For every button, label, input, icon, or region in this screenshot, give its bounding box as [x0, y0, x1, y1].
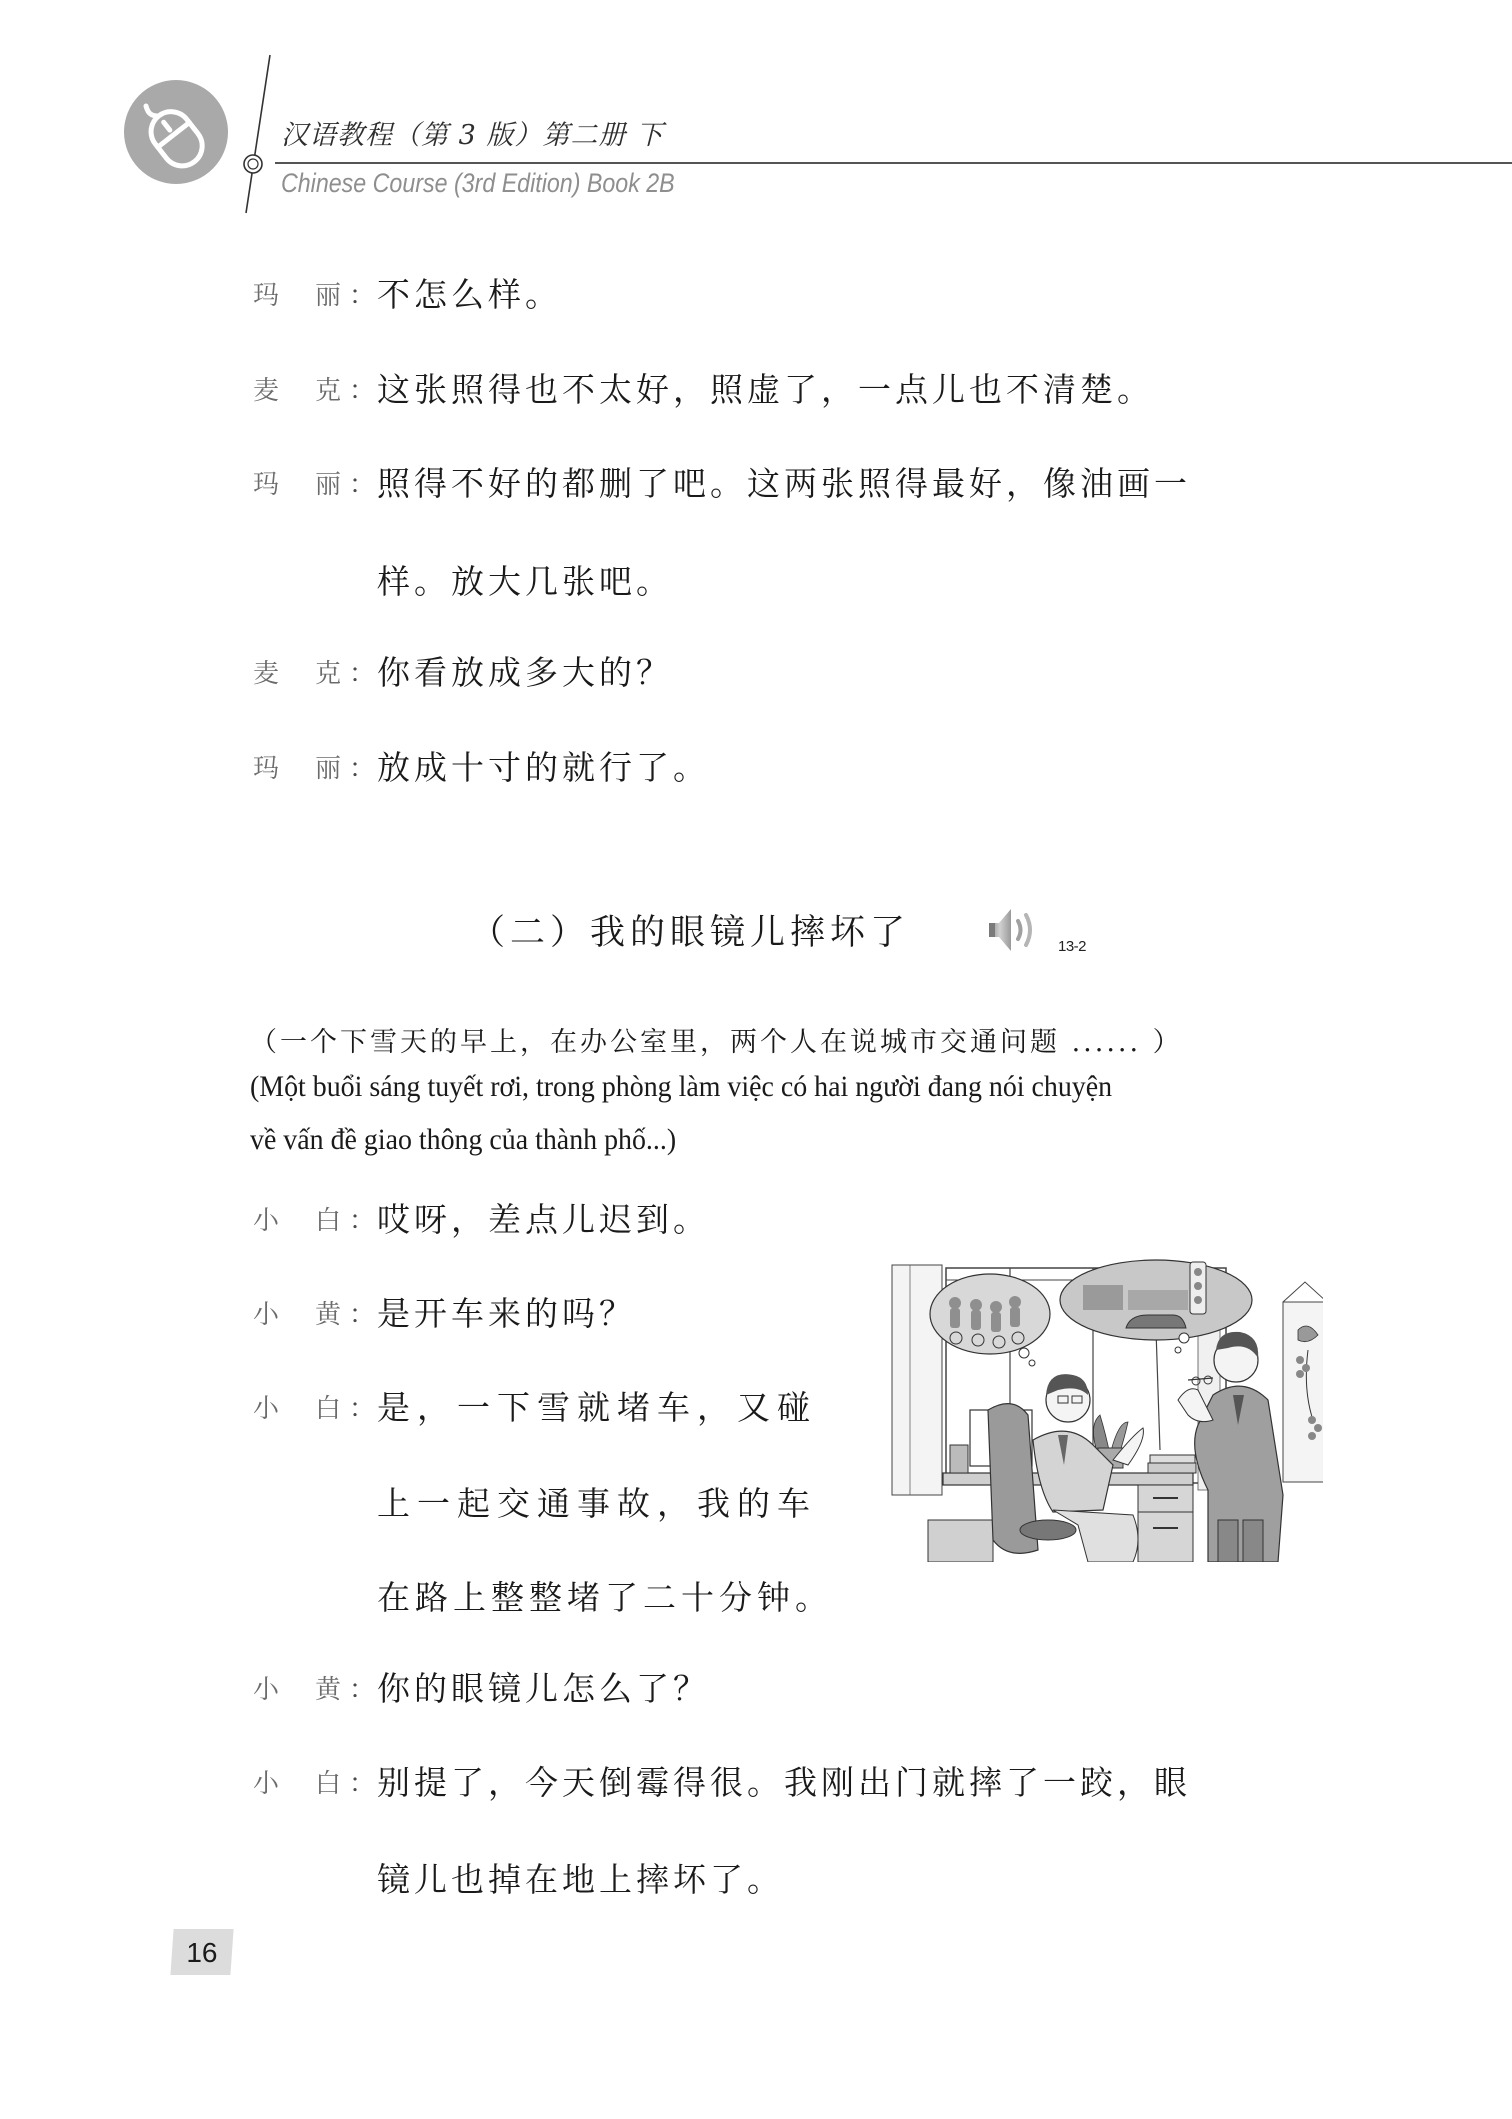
speaker-audio-icon[interactable]	[985, 905, 1045, 955]
dialogue-line: 玛 丽 ： 放成十寸的就行了。	[253, 745, 710, 785]
dialogue-text: 是开车来的吗？	[377, 1288, 636, 1335]
dialogue-text: 不怎么样。	[377, 269, 562, 316]
dialogue-line: 小 白 ： 哎呀，差点儿迟到。	[253, 1197, 710, 1237]
audio-track-number: 13-2	[1058, 938, 1086, 955]
office-conversation-illustration	[888, 1250, 1323, 1562]
dialogue-text: 你看放成多大的？	[377, 647, 673, 694]
dialogue-text: 是，一下雪就堵车，又碰	[377, 1382, 817, 1429]
stage-direction-vietnamese-line-1: (Một buổi sáng tuyết rơi, trong phòng là…	[250, 1070, 1254, 1104]
dialogue-text: 放成十寸的就行了。	[377, 742, 710, 789]
dialogue-line: 玛 丽 ： 不怎么样。	[253, 272, 562, 312]
stage-direction-chinese: （一个下雪天的早上，在办公室里，两个人在说城市交通问题 ...... ）	[250, 1020, 1183, 1059]
dialogue-continuation: 在路上整整堵了二十分钟。	[377, 1572, 833, 1619]
dialogue-line: 小 黄 ： 是开车来的吗？	[253, 1291, 636, 1331]
dialogue-line: 麦 克 ： 你看放成多大的？	[253, 650, 673, 690]
dialogue-continuation: 上一起交通事故，我的车	[377, 1478, 817, 1525]
header-decoration-line	[0, 0, 300, 230]
header-divider	[275, 162, 1512, 164]
dialogue-line: 玛 丽 ： 照得不好的都删了吧。这两张照得最好，像油画一	[253, 461, 1191, 501]
page-header: 汉语教程（第 3 版）第二册 下 Chinese Course (3rd Edi…	[0, 0, 1512, 230]
page-number: 16	[170, 1929, 233, 1975]
dialogue-continuation: 镜儿也掉在地上摔坏了。	[377, 1854, 784, 1901]
dialogue-line: 麦 克 ： 这张照得也不太好，照虚了，一点儿也不清楚。	[253, 367, 1154, 407]
dialogue-line: 小 白 ： 别提了，今天倒霉得很。我刚出门就摔了一跤，眼	[253, 1760, 1191, 1800]
dialogue-text: 别提了，今天倒霉得很。我刚出门就摔了一跤，眼	[377, 1757, 1191, 1804]
dialogue-text: 照得不好的都删了吧。这两张照得最好，像油画一	[377, 458, 1191, 505]
dialogue-line: 小 白 ： 是，一下雪就堵车，又碰	[253, 1385, 817, 1425]
book-title-chinese: 汉语教程（第 3 版）第二册 下	[281, 113, 664, 152]
dialogue-text: 这张照得也不太好，照虚了，一点儿也不清楚。	[377, 364, 1154, 411]
dialogue-text: 哎呀，差点儿迟到。	[377, 1194, 710, 1241]
book-title-english: Chinese Course (3rd Edition) Book 2B	[281, 168, 675, 199]
dialogue-line: 小 黄 ： 你的眼镜儿怎么了？	[253, 1666, 710, 1706]
section-title: （二）我的眼镜儿摔坏了	[470, 905, 910, 955]
stage-direction-vietnamese-line-2: về vấn đề giao thông của thành phố...)	[250, 1123, 1254, 1157]
dialogue-text: 你的眼镜儿怎么了？	[377, 1663, 710, 1710]
dialogue-continuation: 样。放大几张吧。	[377, 556, 673, 603]
